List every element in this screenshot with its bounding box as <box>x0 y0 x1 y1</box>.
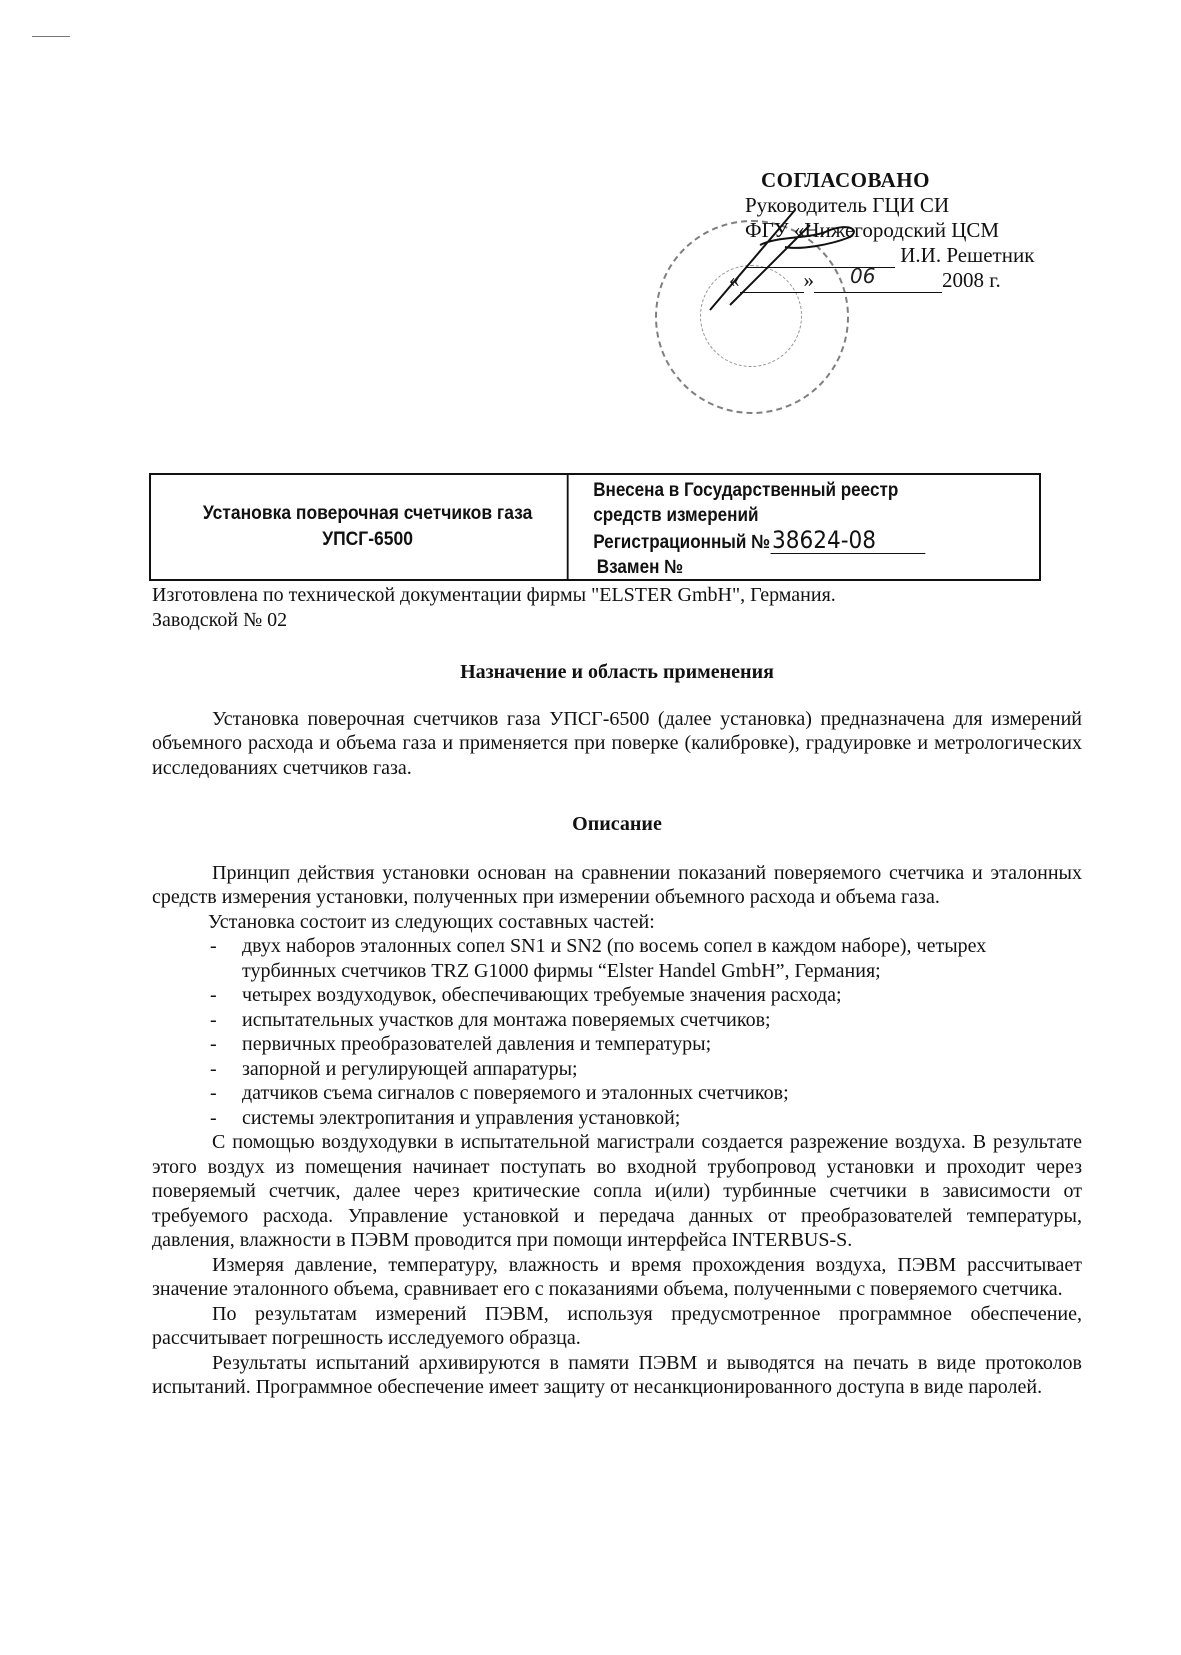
purpose-paragraph: Установка поверочная счетчиков газа УПСГ… <box>152 707 1082 781</box>
scan-artifact-line <box>32 36 70 37</box>
results-paragraph: По результатам измерений ПЭВМ, используя… <box>152 1302 1082 1351</box>
serial-number: Заводской № 02 <box>152 608 1082 633</box>
registry-product-cell: Установка поверочная счетчиков газа УПСГ… <box>168 475 568 579</box>
date-year: 2008 г. <box>942 268 1001 292</box>
manufacture-line: Изготовлена по технической документации … <box>152 583 1082 608</box>
date-close-quote: » <box>804 268 815 292</box>
list-item: первичных преобразователей давления и те… <box>152 1032 1082 1057</box>
components-list: двух наборов эталонных сопел SN1 и SN2 (… <box>152 934 1082 1130</box>
operation-paragraph: С помощью воздуходувки в испытательной м… <box>152 1130 1082 1253</box>
list-item: датчиков съема сигналов с поверяемого и … <box>152 1081 1082 1106</box>
registration-label: Регистрационный № <box>593 532 770 553</box>
approval-position-line2: ФГУ «Нижегородский ЦСМ <box>705 218 1145 243</box>
list-item: двух наборов эталонных сопел SN1 и SN2 (… <box>152 934 1082 983</box>
registry-line1: Внесена в Государственный реестр <box>593 478 993 503</box>
product-model: УПСГ-6500 <box>322 527 413 553</box>
approval-block: СОГЛАСОВАНО Руководитель ГЦИ СИ ФГУ «Ниж… <box>705 168 1145 293</box>
registration-number: 38624-08 <box>770 528 925 554</box>
date-month-handwritten: 06 <box>850 264 875 289</box>
list-item: запорной и регулирующей аппаратуры; <box>152 1057 1082 1082</box>
manufacture-block: Изготовлена по технической документации … <box>152 583 1082 632</box>
list-item: системы электропитания и управления уста… <box>152 1106 1082 1131</box>
measure-paragraph: Измеряя давление, температуру, влажность… <box>152 1253 1082 1302</box>
section-heading-purpose: Назначение и область применения <box>152 660 1082 685</box>
approval-signer: И.И. Решетник <box>900 243 1034 267</box>
list-item: четырех воздуходувок, обеспечивающих тре… <box>152 983 1082 1008</box>
section-heading-description: Описание <box>152 812 1082 837</box>
approval-title: СОГЛАСОВАНО <box>705 168 1145 193</box>
description-intro: Принцип действия установки основан на ср… <box>152 861 1082 910</box>
registry-line2: средств измерений <box>593 503 993 528</box>
product-name: Установка поверочная счетчиков газа <box>203 501 533 527</box>
registry-table: Установка поверочная счетчиков газа УПСГ… <box>149 473 1041 581</box>
components-intro: Установка состоит из следующих составных… <box>152 910 1082 935</box>
date-month-field: 06 <box>814 272 942 293</box>
archive-paragraph: Результаты испытаний архивируются в памя… <box>152 1351 1082 1400</box>
section-description: Описание Принцип действия установки осно… <box>152 812 1082 1400</box>
approval-position-line1: Руководитель ГЦИ СИ <box>705 193 1145 218</box>
registry-info-cell: Внесена в Государственный реестр средств… <box>586 475 994 579</box>
replaces-label: Взамен № <box>593 555 993 580</box>
list-item: испытательных участков для монтажа повер… <box>152 1008 1082 1033</box>
date-open-quote: « <box>729 268 740 292</box>
date-day-field <box>740 272 804 293</box>
section-purpose: Назначение и область применения Установк… <box>152 660 1082 780</box>
